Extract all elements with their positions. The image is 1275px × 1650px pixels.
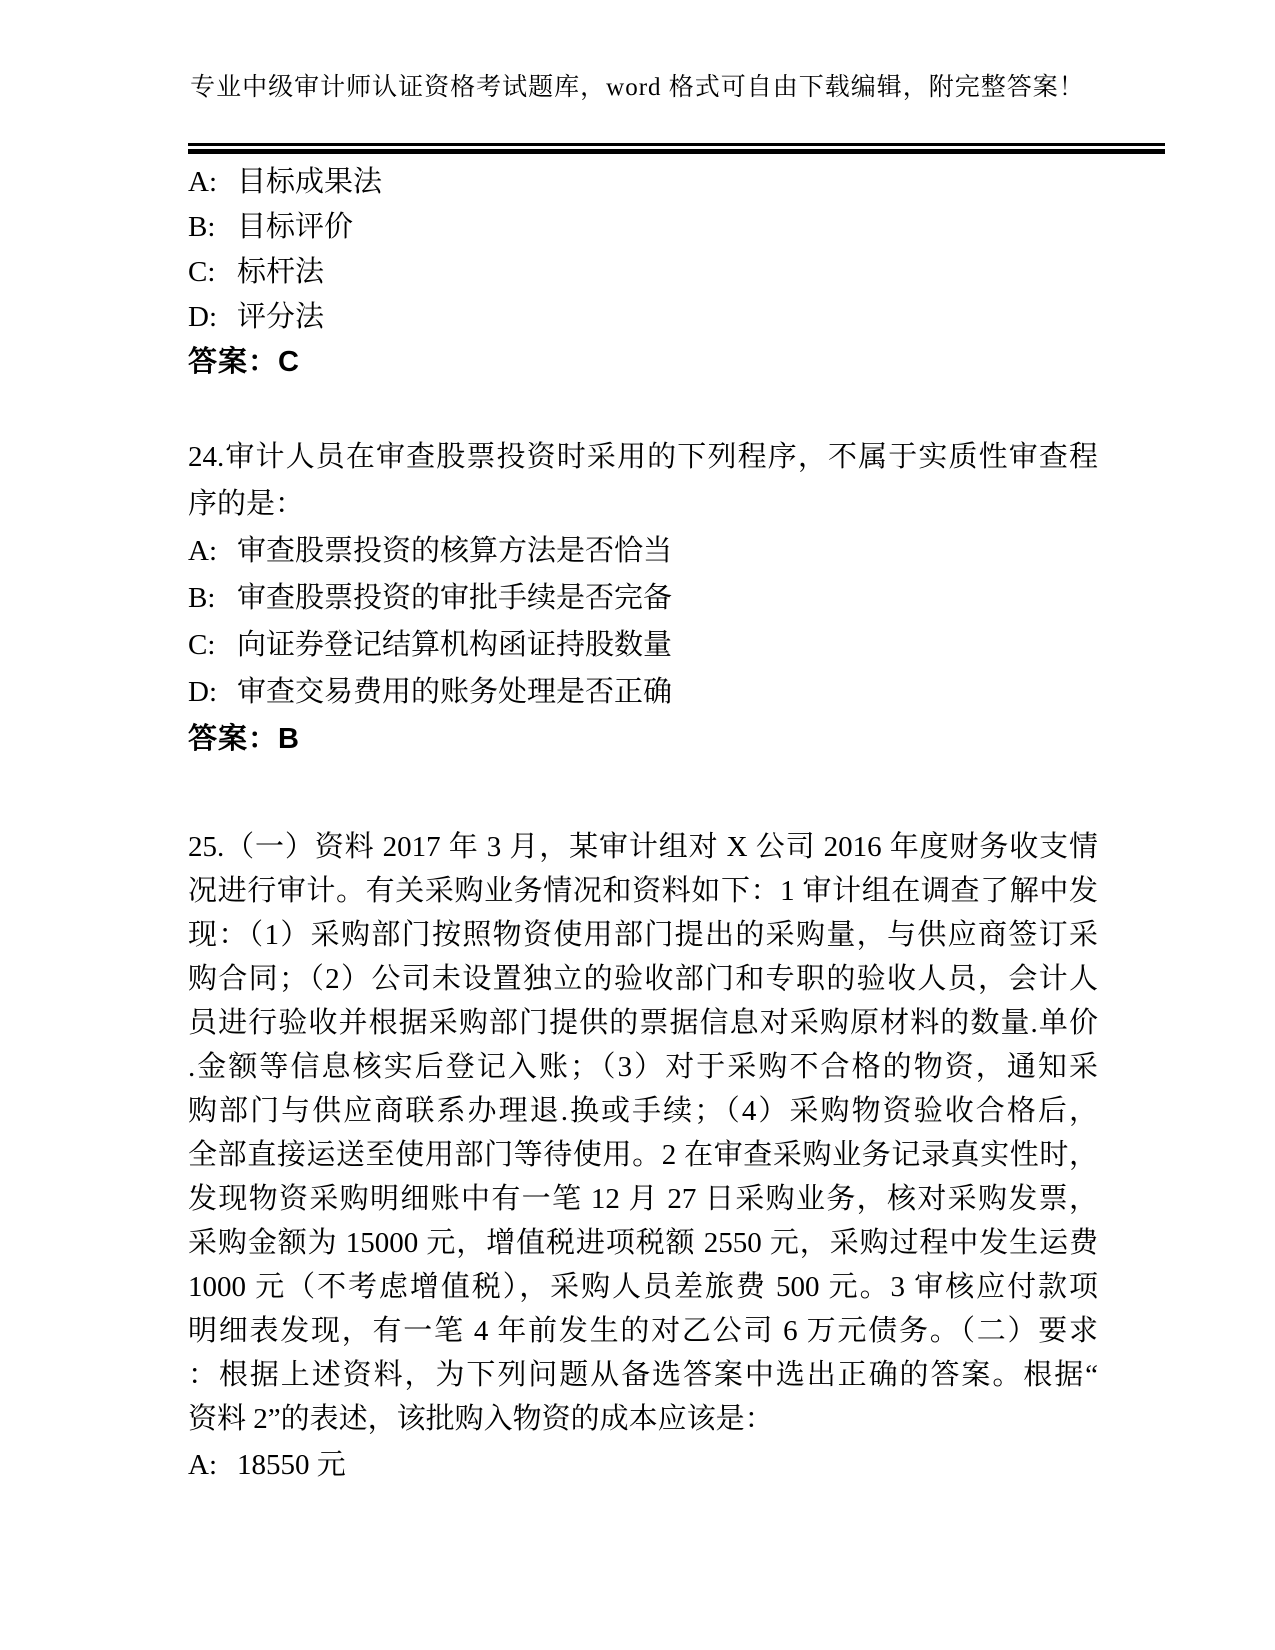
option-row: A: 18550 元: [188, 1443, 1098, 1488]
document-page: 专业中级审计师认证资格考试题库，word 格式可自由下载编辑，附完整答案！ A:…: [0, 0, 1275, 1650]
question-stem-line: .金额等信息核实后登记入账；（3）对于采购不合格的物资，通知采: [188, 1045, 1098, 1089]
answer-line: 答案：C: [188, 340, 1098, 385]
option-row: D: 审查交易费用的账务处理是否正确: [188, 669, 1098, 716]
question-stem-line: 购合同；（2）公司未设置独立的验收部门和专职的验收人员，会计人: [188, 957, 1098, 1001]
option-letter: D:: [188, 295, 237, 340]
page-header-title: 专业中级审计师认证资格考试题库，word 格式可自由下载编辑，附完整答案！: [0, 72, 1275, 104]
question-stem-line: 25.（一）资料 2017 年 3 月，某审计组对 X 公司 2016 年度财务…: [188, 825, 1098, 869]
question-stem-line: 采购金额为 15000 元，增值税进项税额 2550 元，采购过程中发生运费: [188, 1221, 1098, 1265]
option-text: 18550 元: [237, 1443, 1098, 1488]
option-text: 评分法: [237, 295, 1098, 340]
option-row: D: 评分法: [188, 295, 1098, 340]
option-text: 目标评价: [237, 205, 1098, 250]
question-stem-line: 员进行验收并根据采购部门提供的票据信息对采购原材料的数量.单价: [188, 1001, 1098, 1045]
question-stem-line: 24.审计人员在审查股票投资时采用的下列程序，不属于实质性审查程: [188, 434, 1098, 481]
question-stem-line: 购部门与供应商联系办理退.换或手续；（4）采购物资验收合格后，: [188, 1089, 1098, 1133]
option-letter: B:: [188, 575, 237, 622]
option-text: 目标成果法: [237, 160, 1098, 205]
option-row: B: 审查股票投资的审批手续是否完备: [188, 575, 1098, 622]
option-text: 审查股票投资的核算方法是否恰当: [237, 528, 1098, 575]
option-letter: A:: [188, 160, 237, 205]
option-letter: C:: [188, 250, 237, 295]
option-letter: B:: [188, 205, 237, 250]
answer-line: 答案：B: [188, 716, 1098, 763]
question-stem-line: 现：（1）采购部门按照物资使用部门提出的采购量，与供应商签订采: [188, 913, 1098, 957]
question-stem-line: 况进行审计。有关采购业务情况和资料如下：1 审计组在调查了解中发: [188, 869, 1098, 913]
option-text: 审查交易费用的账务处理是否正确: [237, 669, 1098, 716]
question-stem-line: 全部直接运送至使用部门等待使用。2 在审查采购业务记录真实性时，: [188, 1133, 1098, 1177]
question-24-block: 24.审计人员在审查股票投资时采用的下列程序，不属于实质性审查程 序的是： A:…: [188, 434, 1098, 763]
question-stem-line: 序的是：: [188, 481, 1098, 528]
option-text: 审查股票投资的审批手续是否完备: [237, 575, 1098, 622]
question-23-block: A: 目标成果法 B: 目标评价 C: 标杆法 D: 评分法 答案：C: [188, 160, 1098, 385]
question-stem-line: 发现物资采购明细账中有一笔 12 月 27 日采购业务，核对采购发票，: [188, 1177, 1098, 1221]
question-stem-line: ：根据上述资料，为下列问题从备选答案中选出正确的答案。根据“: [188, 1353, 1098, 1397]
option-letter: D:: [188, 669, 237, 716]
option-letter: C:: [188, 622, 237, 669]
question-25-block: 25.（一）资料 2017 年 3 月，某审计组对 X 公司 2016 年度财务…: [188, 825, 1098, 1441]
option-text: 向证券登记结算机构函证持股数量: [237, 622, 1098, 669]
option-row: C: 向证券登记结算机构函证持股数量: [188, 622, 1098, 669]
option-row: C: 标杆法: [188, 250, 1098, 295]
header-divider-rule: [188, 143, 1165, 154]
option-row: B: 目标评价: [188, 205, 1098, 250]
option-row: A: 目标成果法: [188, 160, 1098, 205]
question-stem-line: 资料 2”的表述，该批购入物资的成本应该是：: [188, 1397, 1098, 1441]
question-stem-line: 1000 元（不考虑增值税），采购人员差旅费 500 元。3 审核应付款项: [188, 1265, 1098, 1309]
option-text: 标杆法: [237, 250, 1098, 295]
option-letter: A:: [188, 528, 237, 575]
option-letter: A:: [188, 1443, 237, 1488]
question-25-options-block: A: 18550 元: [188, 1443, 1098, 1488]
option-row: A: 审查股票投资的核算方法是否恰当: [188, 528, 1098, 575]
question-stem-line: 明细表发现，有一笔 4 年前发生的对乙公司 6 万元债务。（二）要求: [188, 1309, 1098, 1353]
